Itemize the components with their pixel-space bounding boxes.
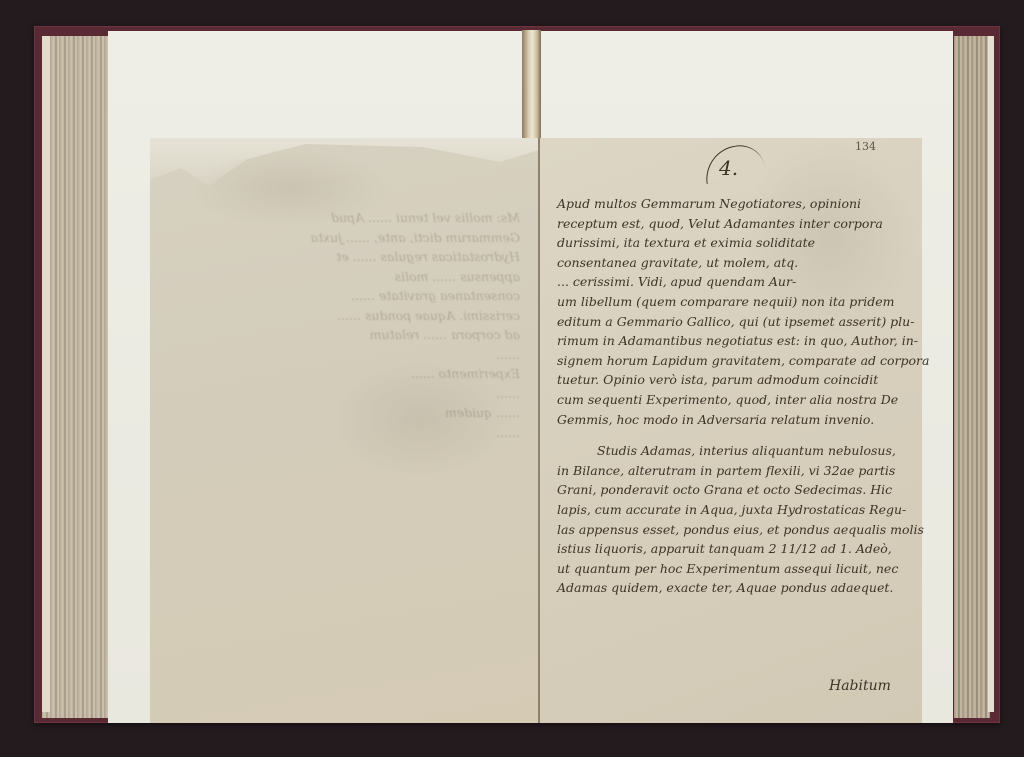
bleed-line: Ms: mollis vel tenui ...... Apud: [180, 208, 520, 228]
right-endpaper-edge: [988, 36, 994, 712]
text-line: consentanea gravitate, ut molem, atq.: [557, 253, 917, 273]
text-line: istius liquoris, apparuit tanquam 2 11/1…: [557, 539, 917, 559]
text-line: las appensus esset, pondus eius, et pond…: [557, 520, 917, 540]
bleed-line: consentanea gravitate ......: [180, 286, 520, 306]
bleed-line: Gemmarum dicti, ante, ...... juxta: [180, 228, 520, 248]
text-line: ... cerissimi. Vidi, apud quendam Aur-: [557, 272, 917, 292]
text-line: Adamas quidem, exacte ter, Aquae pondus …: [557, 578, 917, 598]
left-endpaper-edge: [42, 36, 50, 712]
text-line: in Bilance, alterutram in partem flexili…: [557, 461, 917, 481]
bleed-line: appensus ...... molis: [180, 267, 520, 287]
text-line: Grani, ponderavit octo Grana et octo Sed…: [557, 480, 917, 500]
bleed-line: ad corpora ...... relatum: [180, 325, 520, 345]
text-line: receptum est, quod, Velut Adamantes inte…: [557, 214, 917, 234]
text-line: editum a Gemmario Gallico, qui (ut ipsem…: [557, 312, 917, 332]
left-manuscript-leaf: Ms: mollis vel tenui ...... Apud Gemmaru…: [150, 138, 539, 723]
text-line: tuetur. Opinio verò ista, parum admodum …: [557, 370, 917, 390]
catchword: Habitum: [829, 678, 891, 694]
text-line: Apud multos Gemmarum Negotiatores, opini…: [557, 194, 917, 214]
text-line: rimum in Adamantibus negotiatus est: in …: [557, 331, 917, 351]
text-line: ut quantum per hoc Experimentum assequi …: [557, 559, 917, 579]
bleed-line: ...... quidem: [180, 403, 520, 423]
bleed-line: cerissimi. Aquae pondus ......: [180, 306, 520, 326]
text-line: Gemmis, hoc modo in Adversaria relatum i…: [557, 410, 917, 430]
show-through-text: Ms: mollis vel tenui ...... Apud Gemmaru…: [180, 208, 520, 442]
text-line: lapis, cum accurate in Aqua, juxta Hydro…: [557, 500, 917, 520]
manuscript-body: Apud multos Gemmarum Negotiatores, opini…: [557, 194, 917, 598]
text-line: signem horum Lapidum gravitatem, compara…: [557, 351, 917, 371]
text-line: durissimi, ita textura et eximia solidit…: [557, 233, 917, 253]
book-gutter: [522, 30, 541, 140]
bleed-line: ......: [180, 423, 520, 443]
text-line: Studis Adamas, interius aliquantum nebul…: [557, 441, 917, 461]
bleed-line: Hydrostaticas regulas ...... et: [180, 247, 520, 267]
bleed-line: Experimento ......: [180, 364, 520, 384]
bleed-line: ......: [180, 384, 520, 404]
right-fore-edge: [954, 36, 990, 718]
left-fore-edge: [42, 36, 110, 718]
folio-number: 134: [855, 140, 876, 153]
bleed-line: ......: [180, 345, 520, 365]
right-manuscript-leaf: 134 4. Apud multos Gemmarum Negotiatores…: [539, 138, 922, 723]
text-line: um libellum (quem comparare nequii) non …: [557, 292, 917, 312]
leaf-fold: [538, 138, 540, 723]
section-number: 4.: [719, 156, 738, 180]
text-line: cum sequenti Experimento, quod, inter al…: [557, 390, 917, 410]
